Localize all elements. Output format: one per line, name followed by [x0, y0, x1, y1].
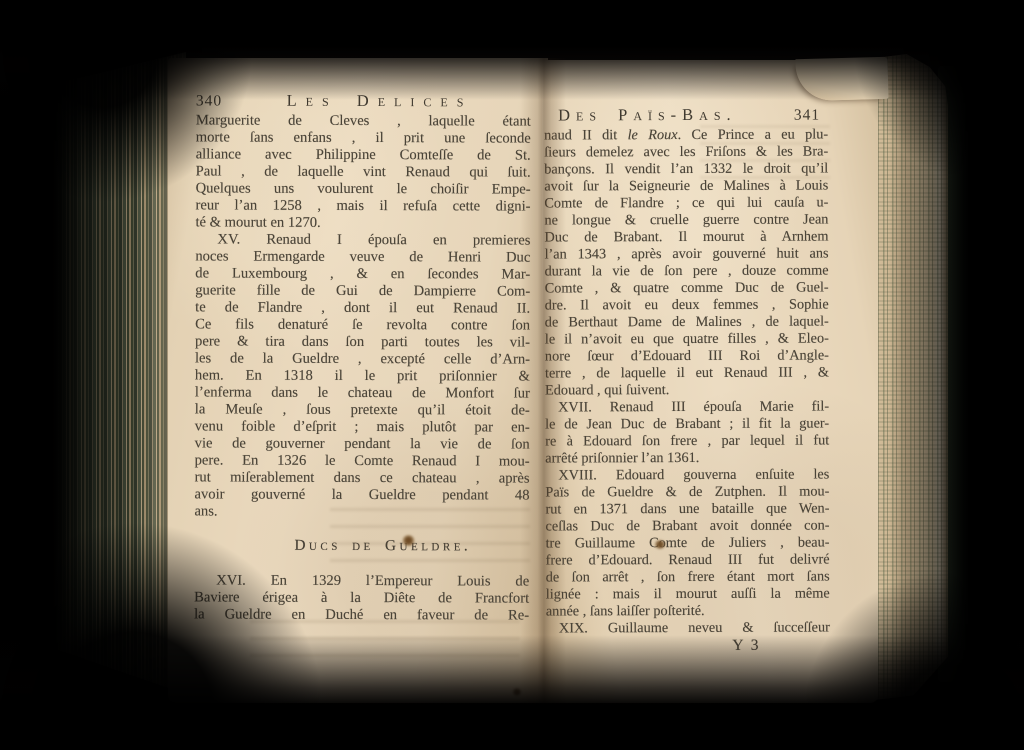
- text-line: guerite fille de Gui de Dampierre Com-: [195, 282, 530, 300]
- right-page-number: 341: [794, 107, 828, 125]
- text-line: l’enferma dans le chateau de Monfort ſur: [195, 384, 530, 402]
- text-line: alliance avec Philippine Comteſſe de St.: [196, 146, 531, 164]
- text-line: pere & tira dans ſon parti toutes les vi…: [195, 333, 530, 351]
- text-line: morte ſans enfans , il prit une ſeconde: [196, 129, 531, 147]
- text-line: de Berthaut Dame de Malines , de laquel-: [545, 314, 829, 332]
- text-line: Paul , de laquelle vint Renaud qui ſuit.: [196, 163, 531, 181]
- text-line: ne longue & cruelle guerre contre Jean: [544, 212, 828, 230]
- text-line: Duc de Brabant. Il mourut à Arnhem: [544, 229, 828, 247]
- text-line: bançons. Il vendit l’an 1332 le droit qu…: [544, 161, 828, 179]
- right-running-title: Des Païs-Bas.: [544, 106, 794, 125]
- text-line: XIX. Guillaume neveu & ſucceſſeur: [546, 620, 830, 638]
- text-line: frere d’Edouard. Renaud III fut delivré: [546, 552, 830, 570]
- left-page-text: 340 Les Delices Marguerite de Cleves , l…: [194, 91, 531, 624]
- text-line: lignée : mais il mourut auſſi la même: [546, 586, 830, 604]
- text-line: la Gueldre en Duché en faveur de Re-: [194, 606, 529, 624]
- right-page: Des Païs-Bas. 341 naud II dit le Roux. C…: [542, 60, 878, 703]
- text-line: vie de gouverner pendant la vie de ſon: [195, 435, 530, 453]
- text-line: ans.: [194, 503, 529, 521]
- text-line: Païs de Gueldre & de Zutphen. Il mou-: [545, 484, 829, 502]
- text-line: l’an 1343 , après avoir gouverné huit an…: [545, 246, 829, 264]
- text-line: XVI. En 1329 l’Empereur Louis de: [194, 572, 529, 590]
- signature-mark: Y 3: [546, 637, 830, 655]
- text-line: tre Guillaume Comte de Juliers , beau-: [546, 535, 830, 553]
- text-line: té & mourut en 1270.: [195, 214, 530, 232]
- text-line: terre , de laquelle il eut Renaud III , …: [545, 365, 829, 383]
- text-line: année , ſans laiſſer poſterité.: [546, 603, 830, 621]
- text-line: XVII. Renaud III épouſa Marie fil-: [545, 399, 829, 417]
- left-running-header: 340 Les Delices: [196, 91, 531, 110]
- text-line: Comte de Flandre ; ce qui lui cauſa u-: [544, 195, 828, 213]
- text-line: XV. Renaud I épouſa en premieres: [195, 231, 530, 249]
- text-line: le il n’avoit eu que quatre filles , & E…: [545, 331, 829, 349]
- text-line: nore ſœur d’Edouard III Roi d’Angle-: [545, 348, 829, 366]
- left-page-body: Marguerite de Cleves , laquelle étantmor…: [194, 112, 531, 624]
- text-line: Baviere érigea à la Diête de Francfort: [194, 589, 529, 607]
- text-line: de Luxembourg , & en ſecondes Mar-: [195, 265, 530, 283]
- left-page: 340 Les Delices Marguerite de Cleves , l…: [168, 58, 548, 703]
- text-line: venu foible d’eſprit ; mais plutôt par e…: [195, 418, 530, 436]
- text-line: te de Flandre , dont il eut Renaud II.: [195, 299, 530, 317]
- text-line: arrêté priſonnier l’an 1361.: [545, 450, 829, 468]
- section-heading: Ducs de Gueldre.: [194, 536, 529, 554]
- text-line: rut en 1371 dans une bataille que Wen-: [545, 501, 829, 519]
- text-line: avoir gouverné la Gueldre pendant 48: [194, 486, 529, 504]
- left-page-edge-stack: [56, 52, 186, 694]
- text-line: pere. En 1326 le Comte Renaud I mou-: [195, 452, 530, 470]
- text-line: Ce fils denaturé ſe revolta contre ſon: [195, 316, 530, 334]
- right-page-body: naud II dit le Roux. Ce Prince a eu plu-…: [544, 127, 830, 655]
- text-line: noces Ermengarde veuve de Henri Duc: [195, 248, 530, 266]
- text-line: XVIII. Edouard gouverna enſuite les: [545, 467, 829, 485]
- text-line: ceſlas Duc de Brabant avoit donnée con-: [545, 518, 829, 536]
- text-line: le de Jean Duc de Brabant ; il fit la gu…: [545, 416, 829, 434]
- text-line: de ſon arrêt , ſon frere étant mort ſans: [546, 569, 830, 587]
- text-line: hem. En 1318 il le prit priſonnier &: [195, 367, 530, 385]
- right-running-header: Des Païs-Bas. 341: [544, 106, 828, 125]
- text-line: rut miſerablement dans ce chateau , aprè…: [195, 469, 530, 487]
- left-running-title: Les Delices: [222, 92, 531, 111]
- text-line: la Meuſe , ſous pretexte qu’il étoit de-: [195, 401, 530, 419]
- open-book-photo: 340 Les Delices Marguerite de Cleves , l…: [0, 0, 1024, 750]
- text-line: dre. Il avoit eu deux femmes , Sophie: [545, 297, 829, 315]
- right-page-text: Des Païs-Bas. 341 naud II dit le Roux. C…: [544, 106, 830, 655]
- text-line: avoit ſur la Seigneurie de Malines à Lou…: [544, 178, 828, 196]
- left-page-number: 340: [196, 92, 222, 110]
- text-line: naud II dit le Roux. Ce Prince a eu plu-: [544, 127, 828, 145]
- text-line: Comte , & quatre comme Duc de Guel-: [545, 280, 829, 298]
- text-line: Edouard , qui ſuivent.: [545, 382, 829, 400]
- text-line: re à Edouard ſon frere , par lequel il f…: [545, 433, 829, 451]
- text-line: ſieurs demelez avec les Friſons & les Br…: [544, 144, 828, 162]
- text-line: reur l’an 1258 , mais il refuſa cette di…: [196, 197, 531, 215]
- text-line: Quelques uns voulurent le choiſir Empe-: [196, 180, 531, 198]
- text-line: Marguerite de Cleves , laquelle étant: [196, 112, 531, 130]
- text-line: durant la vie de ſon pere , douze comme: [545, 263, 829, 281]
- text-line: les de la Gueldre , excepté celle d’Arn-: [195, 350, 530, 368]
